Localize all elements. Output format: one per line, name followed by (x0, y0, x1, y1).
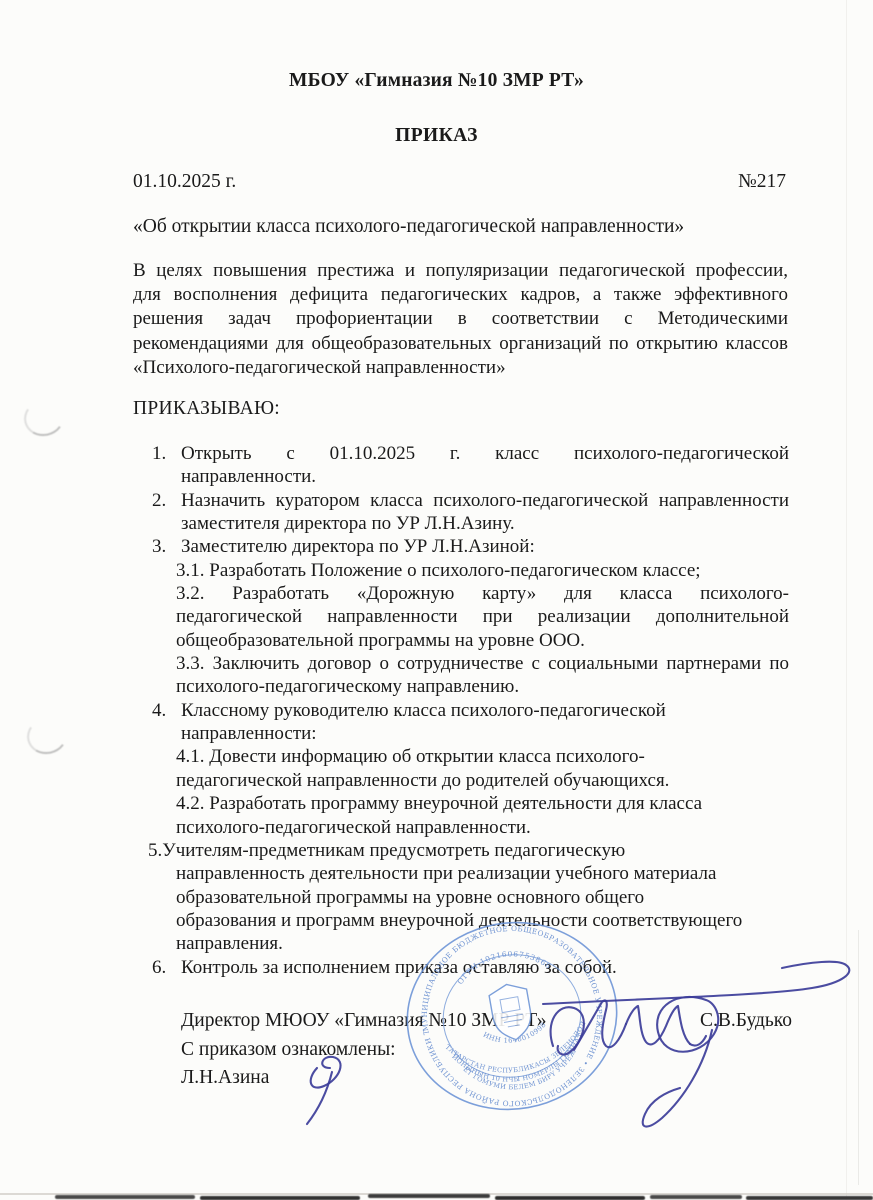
item-text: 4.2. Разработать программу внеурочной де… (176, 792, 789, 839)
doc-subject: «Об открытии класса психолого-педагогиче… (133, 216, 684, 238)
item-text: 3.2. Разработать «Дорожную карту» для кл… (176, 582, 789, 629)
scan-bottom-artifact (495, 1196, 645, 1200)
item-text: 3.3. Заключить договор о сотрудничестве … (176, 652, 789, 675)
item-marker: 2. (152, 489, 166, 512)
doc-date: 01.10.2025 г. (133, 171, 236, 193)
preamble: В целях повышения престижа и популяризац… (133, 259, 788, 380)
item-marker: 1. (152, 442, 166, 465)
stamp-ogrn-text: ОГРН 1021606753866 (452, 942, 554, 987)
scan-edge-shadow (858, 930, 859, 1185)
order-item-3-2: 3.2. Разработать «Дорожную карту» для кл… (176, 582, 789, 652)
order-item-1: 1. Открыть с 01.10.2025 г. класс психоло… (181, 442, 789, 489)
scan-bottom-artifact (55, 1195, 195, 1199)
item-text: Открыть с 01.10.2025 г. класс психолого-… (181, 442, 789, 465)
acknowledged-name: Л.Н.Азина (181, 1067, 269, 1089)
org-name: МБОУ «Гимназия №10 ЗМР РТ» (0, 70, 873, 92)
item-text: заместителя директора по УР Л.Н.Азину. (181, 512, 789, 535)
order-items: 1. Открыть с 01.10.2025 г. класс психоло… (181, 442, 789, 979)
hole-punch-mark (21, 396, 68, 440)
hole-punch-mark (24, 714, 71, 758)
item-text: общеобразовательной программы на уровне … (176, 629, 789, 652)
director-name: С.В.Будько (700, 1010, 792, 1032)
item-text: направленности. (181, 465, 789, 488)
item-marker: 6. (152, 956, 166, 979)
official-round-stamp: МУНИЦИПАЛЬНОЕ БЮДЖЕТНОЕ ОБЩЕОБРАЗОВАТЕЛЬ… (397, 912, 629, 1124)
order-item-3: 3. Заместителю директора по УР Л.Н.Азино… (181, 535, 789, 558)
scan-bottom-artifact (200, 1196, 360, 1200)
item-marker: 3. (152, 535, 166, 558)
doc-number: №217 (738, 171, 786, 193)
order-item-3-1: 3.1. Разработать Положение о психолого-п… (176, 559, 789, 582)
order-item-2: 2. Назначить куратором класса психолого-… (181, 489, 789, 536)
order-item-4-2: 4.2. Разработать программу внеурочной де… (176, 792, 789, 839)
scan-bottom-artifact (746, 1196, 873, 1200)
resolution-word: ПРИКАЗЫВАЮ: (133, 398, 280, 420)
scan-bottom-artifact (368, 1194, 490, 1198)
scan-edge-line (846, 0, 847, 1200)
item-text: 3.1. Разработать Положение о психолого-п… (176, 559, 789, 582)
order-item-4-1: 4.1. Довести информацию об открытии клас… (176, 745, 789, 792)
preamble-justified-lines: В целях повышения престижа и популяризац… (133, 259, 788, 356)
item-text: Классному руководителю класса психолого-… (181, 699, 789, 746)
item-text: психолого-педагогическому направлению. (176, 675, 789, 698)
item-text: Назначить куратором класса психолого-пед… (181, 489, 789, 512)
item-text: 4.1. Довести информацию об открытии клас… (176, 745, 789, 792)
preamble-last-line: «Психолого-педагогической направленности… (133, 356, 788, 380)
azina-signature (307, 1057, 341, 1124)
doc-type-title: ПРИКАЗ (0, 125, 873, 147)
scanned-order-document: МБОУ «Гимназия №10 ЗМР РТ» ПРИКАЗ 01.10.… (0, 0, 873, 1200)
order-item-4: 4. Классному руководителю класса психоло… (181, 699, 789, 746)
item-marker: 4. (152, 699, 166, 722)
order-item-3-3: 3.3. Заключить договор о сотрудничестве … (176, 652, 789, 699)
date-number-row: 01.10.2025 г. №217 (133, 171, 786, 193)
scan-bottom-artifact (650, 1195, 742, 1199)
svg-text:ОГРН 1021606753866: ОГРН 1021606753866 (452, 942, 554, 987)
acknowledged-label: С приказом ознакомлены: (181, 1039, 396, 1061)
item-text: Заместителю директора по УР Л.Н.Азиной: (181, 535, 789, 558)
